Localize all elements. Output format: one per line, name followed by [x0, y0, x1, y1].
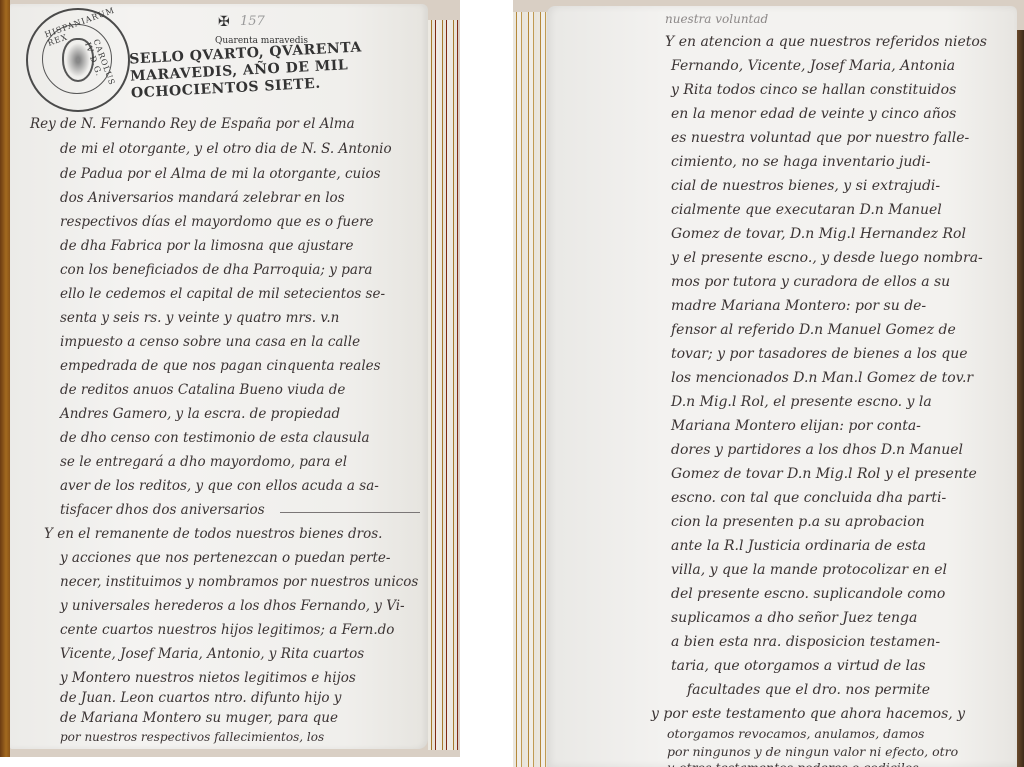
text-line: cimiento, no se haga inventario judi-: [671, 154, 931, 170]
text-line: taria, que otorgamos a virtud de las: [671, 658, 926, 674]
text-line: u otros testamentos poderes o codicilos,: [667, 760, 923, 767]
text-line: por ningunos y de ningun valor ni efecto…: [667, 744, 958, 759]
text-line: y Montero nuestros nietos legitimos e hi…: [60, 670, 356, 686]
text-line: y por este testamento que ahora hacemos,…: [651, 706, 965, 722]
text-line: ante la R.l Justicia ordinaria de esta: [671, 538, 926, 554]
text-line: senta y seis rs. y veinte y quatro mrs. …: [60, 310, 339, 326]
text-line: por nuestros respectivos fallecimientos,…: [60, 730, 324, 744]
text-line: madre Mariana Montero: por su de-: [671, 298, 926, 314]
text-line: fensor al referido D.n Manuel Gomez de: [671, 322, 956, 338]
cross-mark: ✠: [218, 14, 230, 30]
page-edges-left: [428, 20, 458, 750]
text-line: tovar; y por tasadores de bienes a los q…: [671, 346, 968, 362]
text-line: Y en atencion a que nuestros referidos n…: [665, 34, 987, 50]
text-line: de mi el otorgante, y el otro dia de N. …: [60, 141, 392, 157]
text-line: y acciones que nos pertenezcan o puedan …: [60, 550, 390, 566]
text-line: con los beneficiados de dha Parroquia; y…: [60, 262, 372, 278]
text-line: aver de los reditos, y que con ellos acu…: [60, 478, 379, 494]
text-line: a bien esta nra. disposicion testamen-: [671, 634, 940, 650]
text-line: Fernando, Vicente, Josef Maria, Antonia: [671, 58, 955, 74]
text-line: empedrada de que nos pagan cinquenta rea…: [60, 358, 381, 374]
text-line: villa, y que la mande protocolizar en el: [671, 562, 947, 578]
text-line: y universales herederos a los dhos Ferna…: [60, 598, 405, 614]
page-edges-right: [513, 12, 547, 767]
text-line: Andres Gamero, y la escra. de propiedad: [60, 406, 340, 422]
text-line: Rey de N. Fernando Rey de España por el …: [30, 116, 355, 132]
text-line: cial de nuestros bienes, y si extrajudi-: [671, 178, 940, 194]
text-line: en la menor edad de veinte y cinco años: [671, 106, 956, 122]
royal-seal-stamp-icon: HISPANIARUM REX CAROLUS IV D.G.: [26, 8, 130, 112]
book-spine-left: [0, 0, 10, 757]
text-line: de Juan. Leon cuartos ntro. difunto hijo…: [60, 690, 341, 706]
text-line: ello le cedemos el capital de mil seteci…: [60, 286, 385, 302]
text-line: necer, instituimos y nombramos por nuest…: [60, 574, 418, 590]
text-line: cialmente que executaran D.n Manuel: [671, 202, 942, 218]
text-line: dos Aniversarios mandará zelebrar en los: [60, 190, 345, 206]
text-line: Mariana Montero elijan: por conta-: [671, 418, 921, 434]
manuscript-page-left: HISPANIARUM REX CAROLUS IV D.G. ✠ 157 Qu…: [10, 4, 428, 749]
right-page-photo: nuestra voluntad Y en atencion a que nue…: [513, 0, 1024, 767]
text-line: impuesto a censo sobre una casa en la ca…: [60, 334, 360, 350]
catchword: nuestra voluntad: [665, 12, 768, 26]
text-line: de Padua por el Alma de mi la otorgante,…: [60, 166, 381, 182]
text-line: de reditos anuos Catalina Bueno viuda de: [60, 382, 345, 398]
text-line: los mencionados D.n Man.l Gomez de tov.r: [671, 370, 973, 386]
text-line: Y en el remanente de todos nuestros bien…: [44, 526, 382, 542]
text-line: D.n Mig.l Rol, el presente escno. y la: [671, 394, 932, 410]
text-line: Gomez de tovar, D.n Mig.l Hernandez Rol: [671, 226, 966, 242]
folio-number: 157: [240, 14, 265, 29]
manuscript-page-right: nuestra voluntad Y en atencion a que nue…: [547, 6, 1017, 767]
text-line: tisfacer dhos dos aniversarios: [60, 502, 265, 518]
text-line: de Mariana Montero su muger, para que: [60, 710, 338, 726]
text-line: se le entregará a dho mayordomo, para el: [60, 454, 347, 470]
text-line: respectivos días el mayordomo que es o f…: [60, 214, 374, 230]
text-line: cion la presenten p.a su aprobacion: [671, 514, 925, 530]
text-line: cente cuartos nuestros hijos legitimos; …: [60, 622, 394, 638]
left-page-photo: HISPANIARUM REX CAROLUS IV D.G. ✠ 157 Qu…: [0, 0, 460, 757]
text-line: dores y partidores a los dhos D.n Manuel: [671, 442, 963, 458]
text-line: del presente escno. suplicandole como: [671, 586, 945, 602]
text-line: facultades que el dro. nos permite: [687, 682, 930, 698]
adjacent-page-edge: [1017, 30, 1024, 767]
text-line: Vicente, Josef Maria, Antonio, y Rita cu…: [60, 646, 364, 662]
text-line: otorgamos revocamos, anulamos, damos: [667, 726, 924, 741]
text-line: de dha Fabrica por la limosna que ajusta…: [60, 238, 354, 254]
line-filler-rule: [280, 512, 420, 513]
text-line: y el presente escno., y desde luego nomb…: [671, 250, 983, 266]
text-line: mos por tutora y curadora de ellos a su: [671, 274, 950, 290]
text-line: es nuestra voluntad que por nuestro fall…: [671, 130, 969, 146]
text-line: suplicamos a dho señor Juez tenga: [671, 610, 917, 626]
text-line: Gomez de tovar D.n Mig.l Rol y el presen…: [671, 466, 977, 482]
text-line: escno. con tal que concluida dha parti-: [671, 490, 946, 506]
stamped-paper-header: SELLO QVARTO, QVARENTA MARAVEDIS, AÑO DE…: [129, 36, 421, 102]
text-line: y Rita todos cinco se hallan constituido…: [671, 82, 956, 98]
text-line: de dho censo con testimonio de esta clau…: [60, 430, 370, 446]
